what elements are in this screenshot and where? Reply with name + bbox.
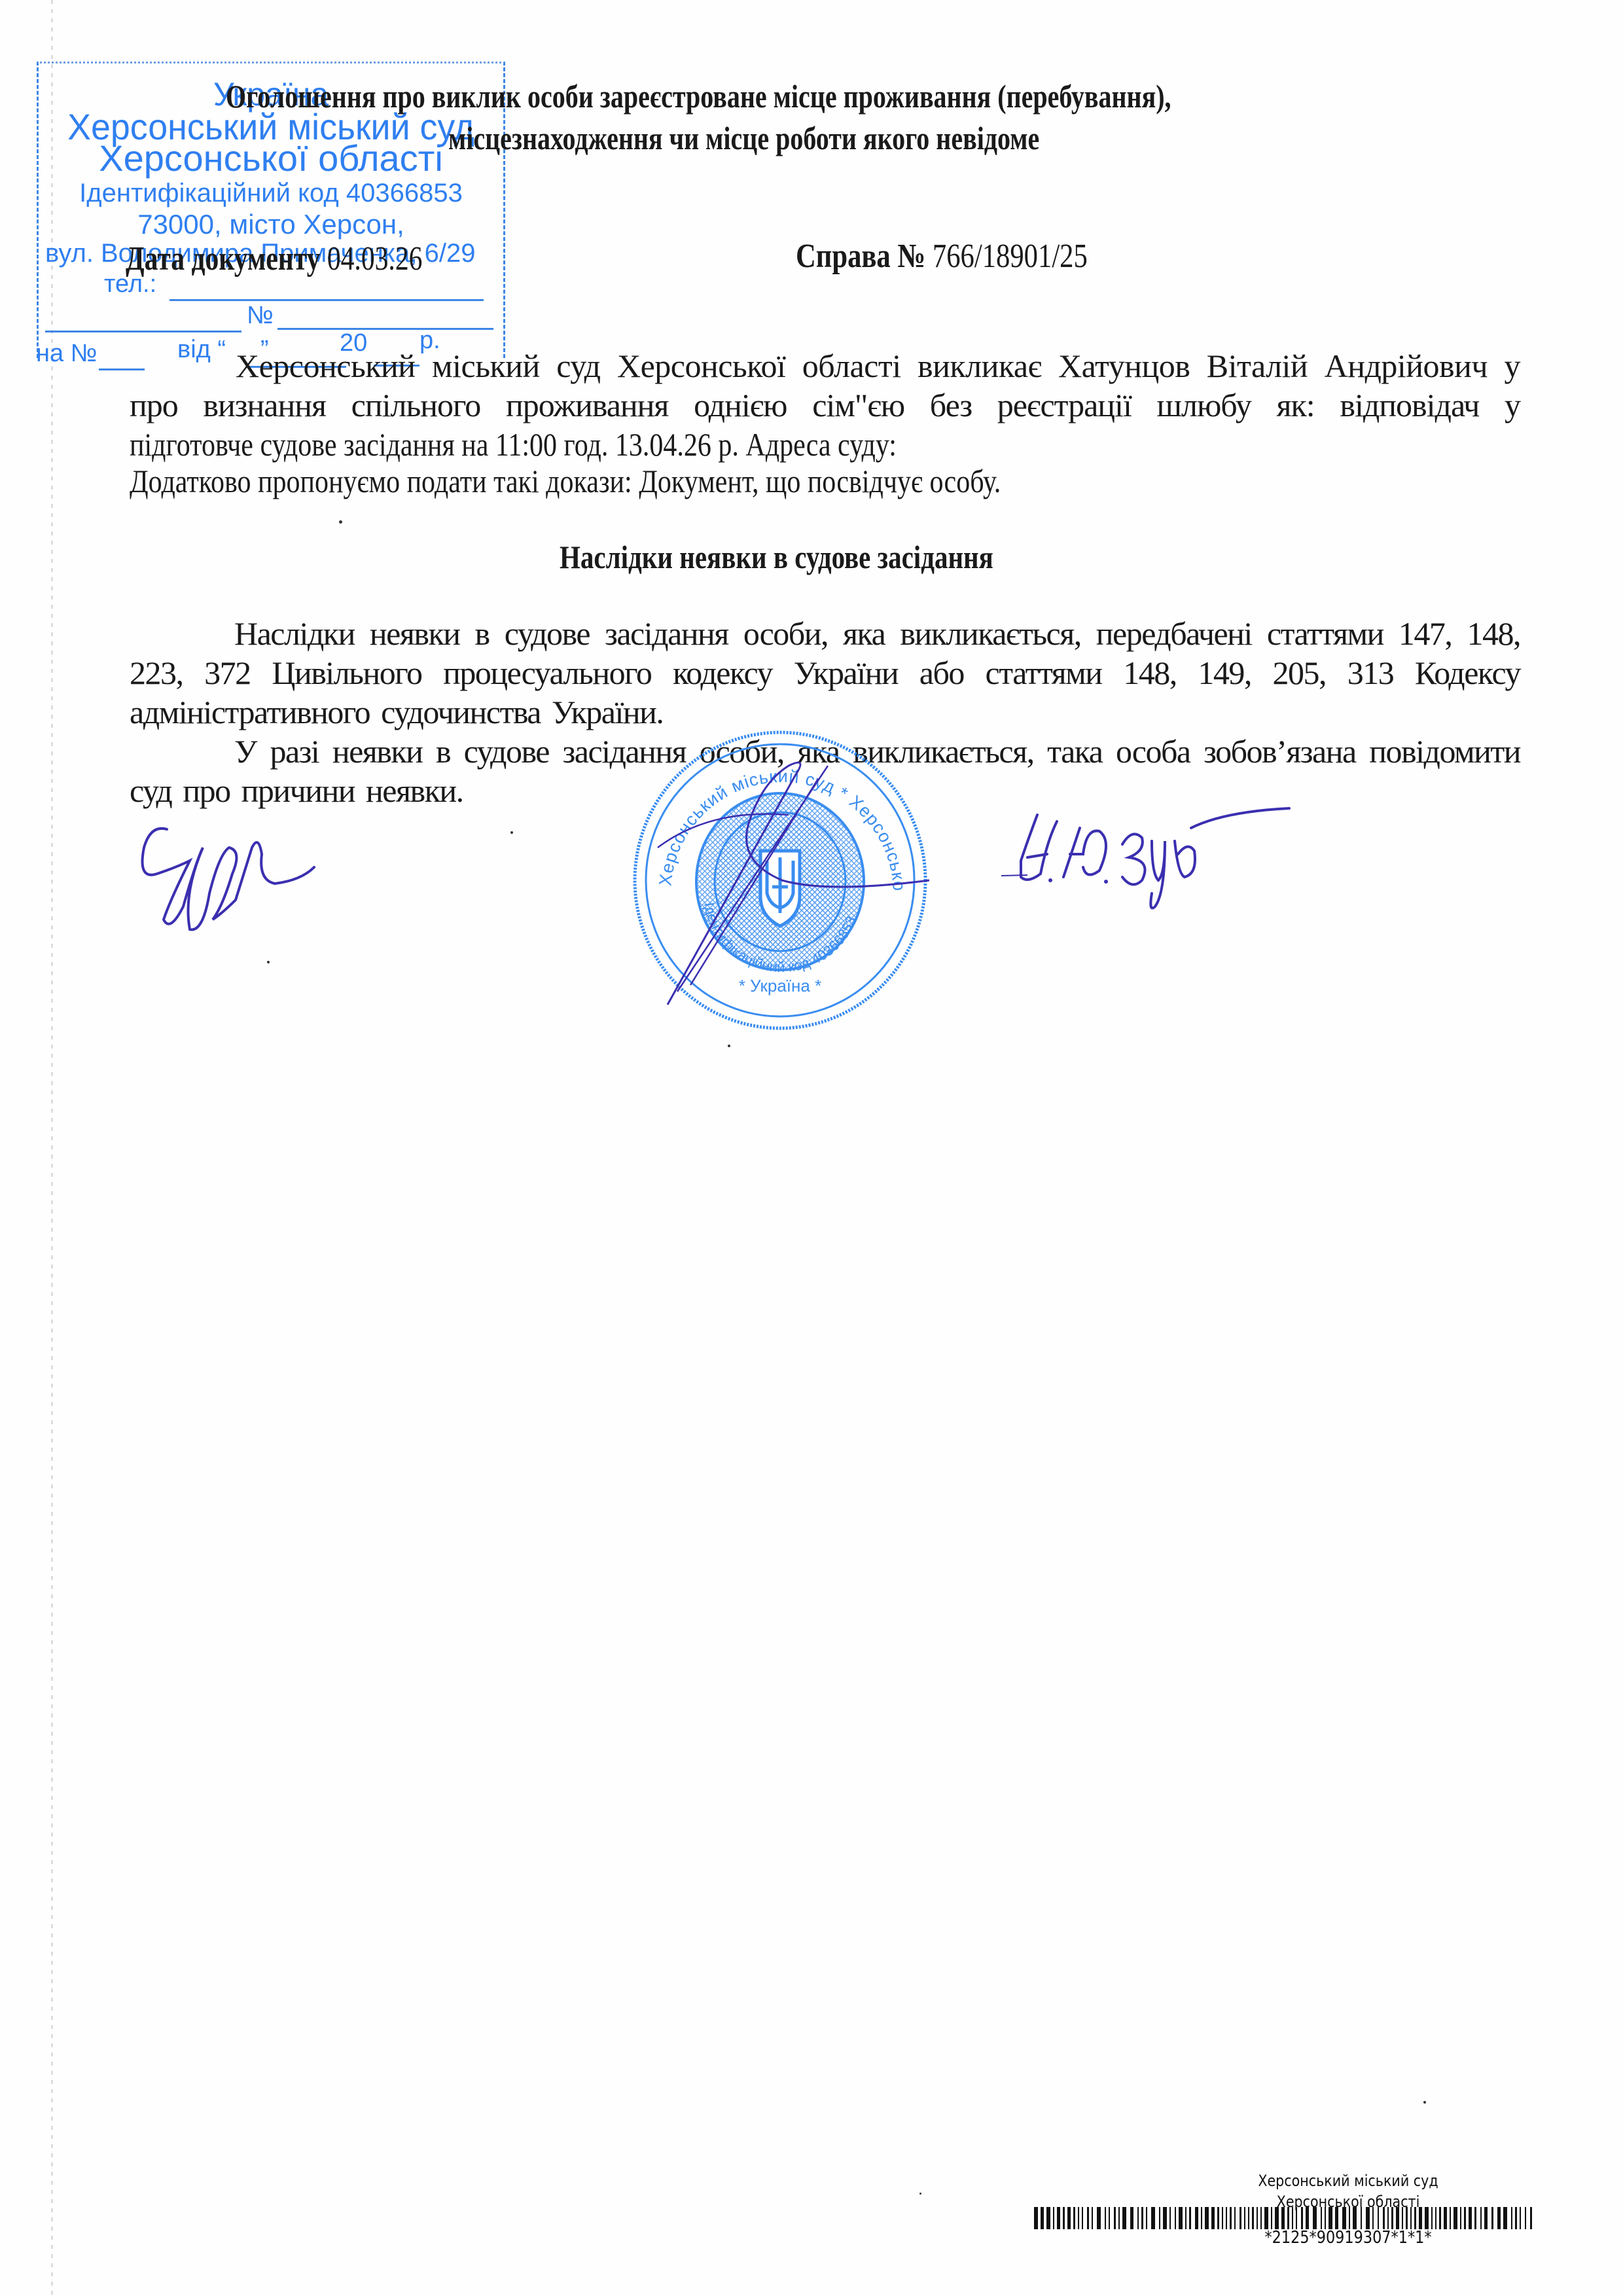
stamp-region: Херсонської області — [39, 137, 503, 179]
stamp-reply-blank — [99, 368, 145, 370]
case-number: Справа № 766/18901/25 — [796, 237, 1088, 276]
stamp-tel-blank — [169, 299, 484, 301]
handwritten-sudde: Судде — [131, 821, 327, 939]
document-date: Дата документу 04.03.26 — [126, 240, 422, 278]
document-date-label: Дата документу — [126, 240, 320, 278]
scan-speck — [339, 520, 342, 524]
summons-line-3: підготовче судове засідання на 11:00 год… — [130, 425, 897, 463]
stamp-number-label: № — [247, 302, 503, 330]
official-seal: Херсонський міський суд * Херсонської об… — [632, 730, 929, 1031]
summons-line-2: про визнання спільного проживання однією… — [130, 386, 1520, 424]
barcode-number: *2125*90919307*1*1* — [1202, 2228, 1494, 2248]
document-page: Україна Херсонський міський суд Херсонсь… — [0, 0, 1623, 2296]
consequences-heading: Наслідки неявки в судове засідання — [560, 538, 993, 576]
seal-bottom-text: * Україна * — [739, 976, 821, 996]
document-date-value: 04.03.26 — [327, 240, 423, 278]
document-title-line1: Оголошення про виклик особи зареєстрован… — [226, 77, 1171, 115]
consequences-paragraph: Наслідки неявки в судове засідання особи… — [130, 614, 1520, 732]
scan-speck — [919, 2193, 921, 2195]
scan-speck — [510, 831, 513, 834]
handwritten-tyu-zub: Т.Ю.Зуб — [1001, 802, 1296, 916]
stamp-id-code: Ідентифікаційний код 40366853 — [39, 179, 503, 208]
case-number-value: 766/18901/25 — [933, 238, 1088, 275]
stamp-city: 73000, місто Херсон, — [39, 209, 503, 240]
summons-line-4: Додатково пропонуємо подати такі докази:… — [130, 462, 1001, 500]
case-number-label: Справа № — [796, 238, 925, 275]
footer-court-name: Херсонський міський суд Херсонської обла… — [1202, 2170, 1494, 2212]
barcode — [1034, 2207, 1535, 2229]
scan-speck — [728, 1045, 730, 1047]
stamp-outgoing-blank — [45, 331, 241, 332]
document-title-line2: місцезнаходження чи місце роботи якого н… — [448, 119, 1039, 157]
scan-speck — [1423, 2101, 1426, 2104]
summons-line-1: Херсонський міський суд Херсонської обла… — [236, 347, 1520, 385]
scan-speck — [267, 961, 270, 963]
